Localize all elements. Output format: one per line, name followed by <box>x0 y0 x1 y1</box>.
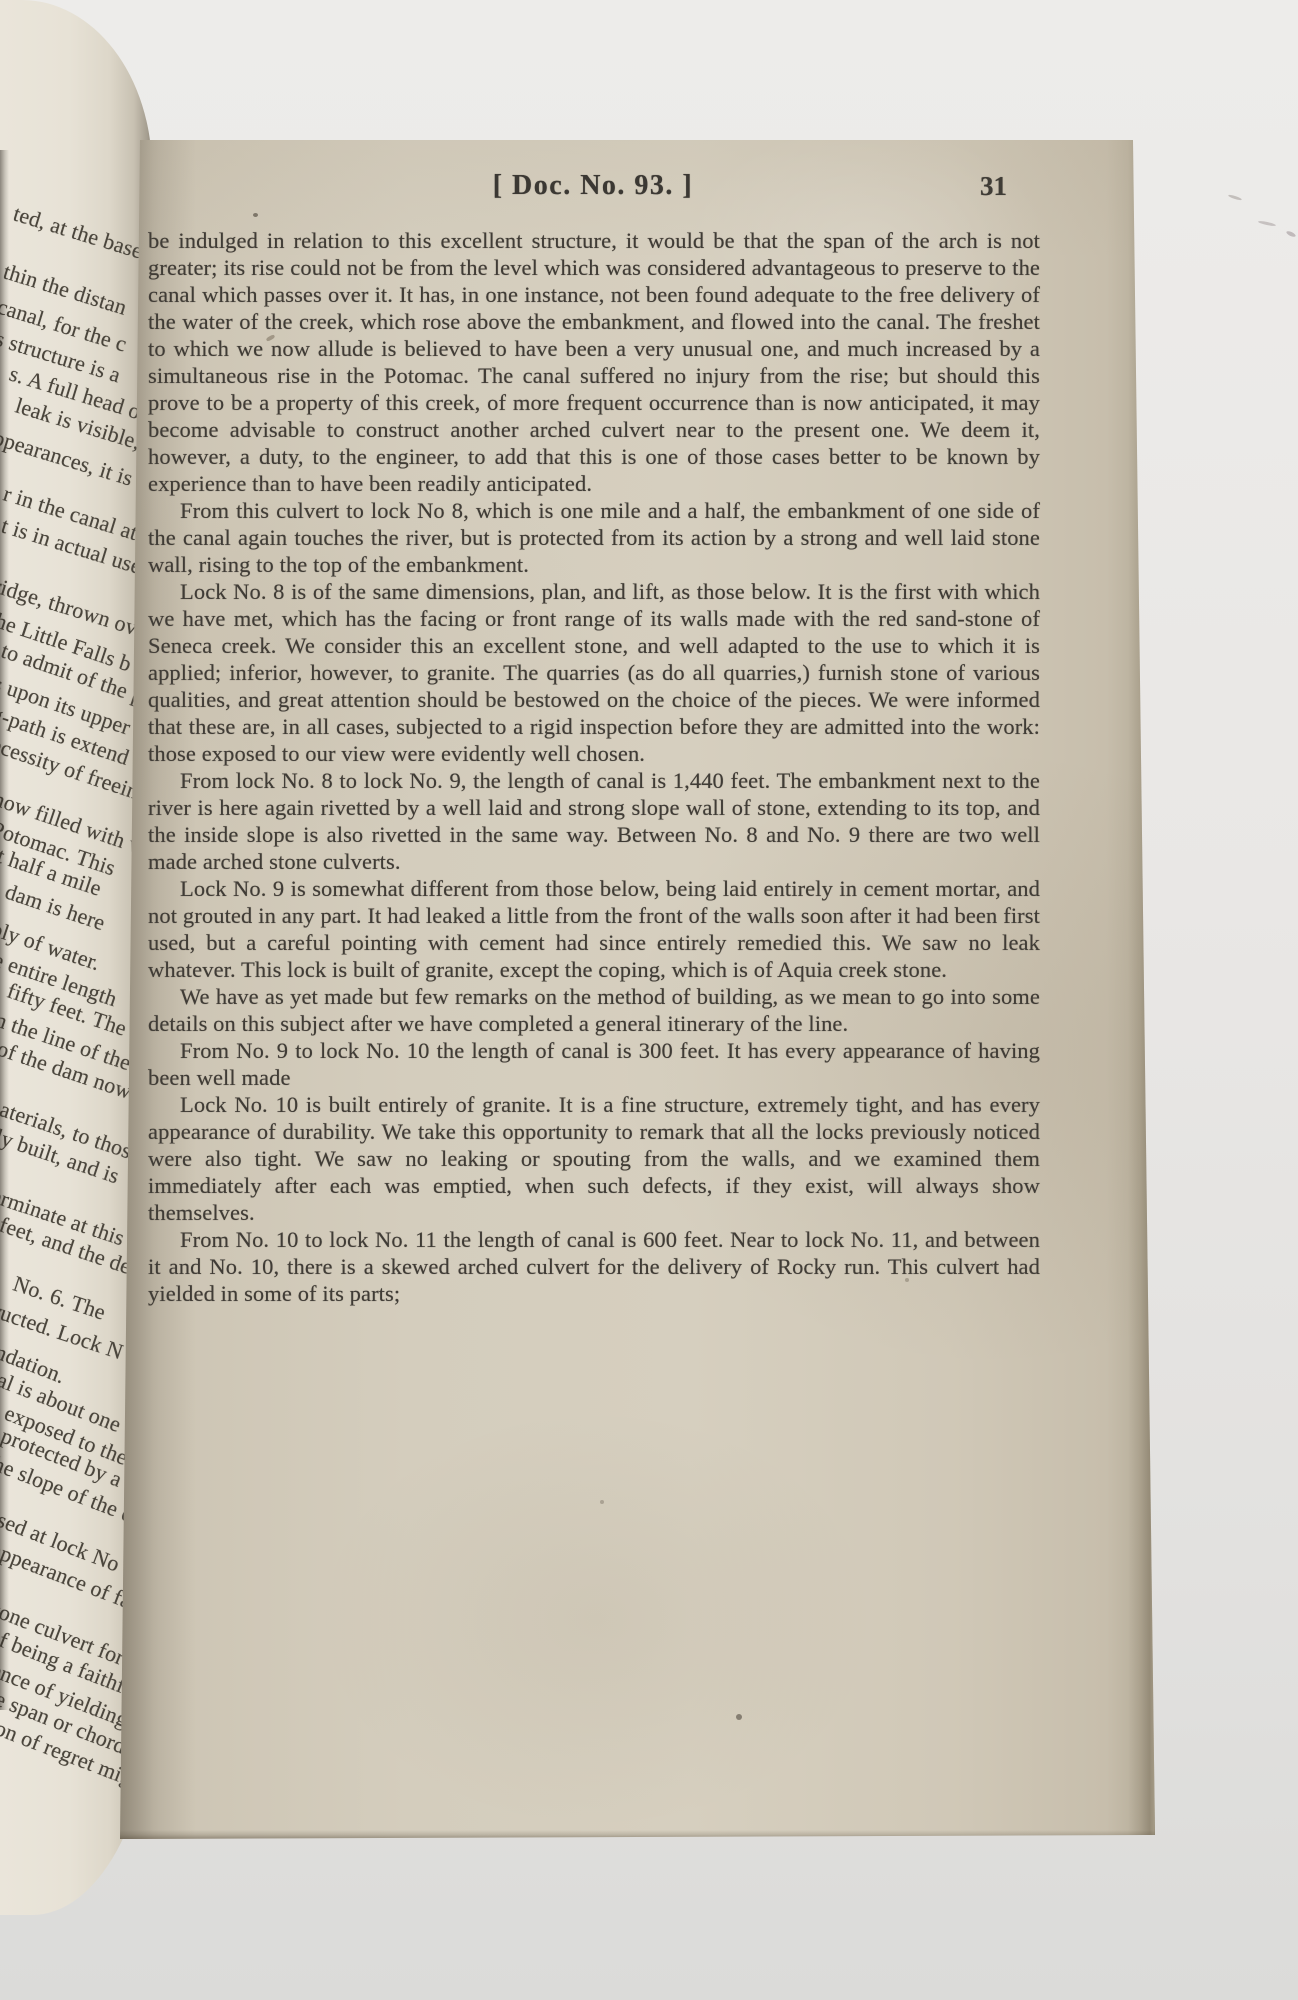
paragraph: We have as yet made but few remarks on t… <box>148 983 1040 1037</box>
paragraph: From lock No. 8 to lock No. 9, the lengt… <box>148 767 1040 875</box>
paragraph: be indulged in relation to this excellen… <box>148 227 1040 497</box>
paper-stain <box>253 213 258 217</box>
paragraph: Lock No. 9 is somewhat different from th… <box>148 875 1040 983</box>
facing-page-text-fragment: ted, at the base <box>10 201 146 265</box>
page-fore-edge <box>1128 140 1158 1840</box>
paragraph: From No. 10 to lock No. 11 the length of… <box>148 1226 1040 1307</box>
paper-stain <box>1228 194 1242 201</box>
book-page: [ Doc. No. 93. ] 31 be indulged in relat… <box>118 140 1158 1840</box>
page-number: 31 <box>980 171 1040 202</box>
spine-shadow <box>0 150 9 1710</box>
paragraph: Lock No. 8 is of the same dimensions, pl… <box>148 578 1040 767</box>
paper-stain <box>600 1500 604 1504</box>
body-text: be indulged in relation to this excellen… <box>148 227 1040 1307</box>
paper-stain <box>1258 220 1276 227</box>
page-bottom-edge <box>118 1830 1158 1840</box>
paper-stain <box>1286 230 1297 238</box>
paragraph: From No. 9 to lock No. 10 the length of … <box>148 1037 1040 1091</box>
paragraph: Lock No. 10 is built entirely of granite… <box>148 1091 1040 1226</box>
paper-stain <box>736 1714 742 1720</box>
photo-background: ted, at the base thin the distan canal, … <box>0 0 1298 2000</box>
doc-header-label: [ Doc. No. 93. ] <box>148 170 1038 202</box>
paragraph: From this culvert to lock No 8, which is… <box>148 497 1040 578</box>
paper-stain <box>905 1278 909 1282</box>
